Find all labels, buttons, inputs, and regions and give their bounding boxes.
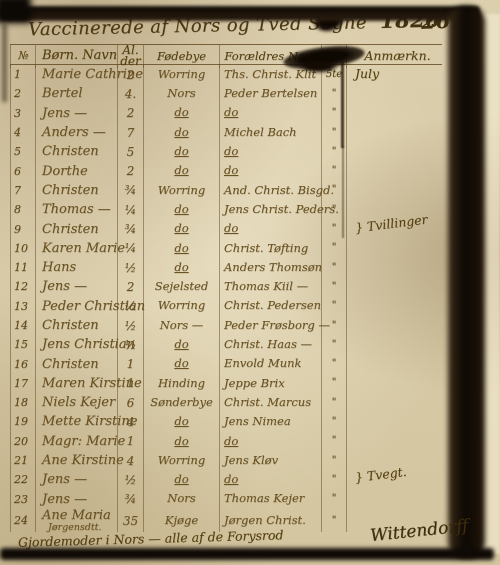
cell-remark — [347, 393, 442, 412]
cell-age: ¾ — [118, 490, 144, 509]
cell-name: Karen Marie — [36, 239, 118, 258]
no-text: 19 — [14, 416, 28, 427]
table-row: 2Bertel4.NorsPeder Bertelsen" — [10, 84, 442, 103]
table-row: 14Christen½Nors —Peder Frøsborg —" — [10, 316, 442, 335]
name-text: Christen — [42, 319, 99, 332]
cell-place: do — [144, 161, 220, 180]
cell-parent: Christ. Pedersen — [220, 297, 322, 316]
cell-date: " — [322, 335, 347, 354]
cell-place: Nors — [144, 490, 220, 509]
date-text: " — [332, 456, 337, 466]
age-text: ½ — [125, 474, 137, 486]
cell-place: Hinding — [144, 374, 220, 393]
table-row: 9Christen¾dodo"} Tvillinger — [10, 219, 442, 238]
no-text: 13 — [14, 301, 28, 312]
parent-text: Jens Kløv — [224, 455, 278, 467]
name-text: Hans — [42, 261, 76, 274]
table-row: 6Dorthe2dodo" — [10, 161, 442, 180]
age-text: 4 — [127, 416, 135, 428]
cell-age: ½ — [118, 258, 144, 277]
name-text: Magr: Marie — [42, 435, 125, 448]
cell-place: do — [144, 470, 220, 489]
table-row: 20Magr: Marie1dodo" — [10, 432, 442, 451]
cell-no: 2 — [10, 84, 36, 103]
table-row: 19Mette Kirstine4doJens Nimea" — [10, 412, 442, 431]
age-text: ½ — [125, 262, 137, 274]
cell-remark: July — [347, 65, 442, 84]
cell-parent: And. Christ. Bisgd. — [220, 181, 322, 200]
no-text: 5 — [14, 146, 21, 157]
cell-parent: do — [220, 470, 322, 489]
age-text: 2 — [127, 281, 135, 293]
cell-parent: do — [220, 161, 322, 180]
age-text: ½ — [125, 339, 137, 351]
table-row: 5Christen5dodo" — [10, 142, 442, 161]
cell-remark — [347, 181, 442, 200]
cell-remark — [347, 335, 442, 354]
cell-place: do — [144, 200, 220, 219]
cell-place: Worring — [144, 65, 220, 84]
cell-date: " — [322, 432, 347, 451]
no-text: 12 — [14, 281, 28, 292]
cell-age: ½ — [118, 297, 144, 316]
cell-no: 20 — [10, 432, 36, 451]
place-text: do — [174, 146, 188, 158]
no-text: 23 — [14, 494, 28, 505]
cell-parent: Thomas Kiil — — [220, 277, 322, 296]
cell-remark — [347, 412, 442, 431]
place-text: Worring — [158, 455, 205, 467]
cell-name: Christen — [36, 142, 118, 161]
cell-date: " — [322, 393, 347, 412]
cell-remark — [347, 123, 442, 142]
no-text: 14 — [14, 320, 28, 331]
table-row: 12Jens —2SejelstedThomas Kiil —" — [10, 277, 442, 296]
cell-name: Peder Christian — [36, 297, 118, 316]
date-text: " — [332, 494, 337, 504]
table-row: 23Jens —¾NorsThomas Kejer" — [10, 490, 442, 509]
parent-text: Christ. Pedersen — [224, 300, 321, 312]
date-text: " — [332, 359, 337, 369]
cell-age: ¾ — [118, 219, 144, 238]
cell-remark: } Tvillinger — [347, 219, 442, 238]
parent-text: Peder Bertelsen — [224, 88, 317, 100]
cell-date: " — [322, 451, 347, 470]
cell-place: do — [144, 354, 220, 373]
cell-date: " — [322, 316, 347, 335]
cell-remark — [347, 104, 442, 123]
cell-place: do — [144, 335, 220, 354]
cell-no: 22 — [10, 470, 36, 489]
scanned-ledger-page: Vaccinerede af Nors og Tved Sogne 1826 2… — [0, 0, 500, 565]
name-text: Christen — [42, 145, 99, 158]
parent-text: Jens Nimea — [224, 416, 291, 428]
age-text: ¼ — [125, 242, 137, 254]
cell-remark — [347, 354, 442, 373]
place-text: do — [174, 358, 188, 370]
age-text: 4. — [125, 88, 136, 100]
table-row: 3Jens —2dodo" — [10, 104, 442, 123]
date-text: " — [332, 263, 337, 273]
name-text: Bertel — [42, 87, 83, 100]
cell-name: Dorthe — [36, 161, 118, 180]
place-text: do — [174, 436, 188, 448]
cell-place: Nors — [144, 84, 220, 103]
table-row: 10Karen Marie¼doChrist. Tøfting" — [10, 239, 442, 258]
cell-name: Jens — — [36, 470, 118, 489]
parent-text: Christ. Haas — — [224, 339, 312, 351]
date-text: " — [332, 417, 337, 427]
cell-no: 13 — [10, 297, 36, 316]
date-text: " — [332, 166, 337, 176]
cell-date: " — [322, 412, 347, 431]
date-text: " — [332, 282, 337, 292]
cell-date: " — [322, 374, 347, 393]
cell-parent: Jeppe Brix — [220, 374, 322, 393]
date-text: " — [332, 475, 337, 485]
cell-no: 12 — [10, 277, 36, 296]
age-text: 4 — [127, 455, 135, 467]
cell-place: do — [144, 123, 220, 142]
age-text: ¾ — [125, 493, 137, 505]
no-text: 18 — [14, 397, 28, 408]
parent-text: Thomas Kiil — — [224, 281, 308, 293]
date-text: " — [332, 378, 337, 388]
place-text: do — [174, 107, 188, 119]
frame-bottom-edge — [0, 548, 494, 560]
place-text: Nors — — [160, 320, 204, 332]
cell-age: 1 — [118, 354, 144, 373]
no-text: 2 — [14, 88, 21, 99]
cell-date: " — [322, 258, 347, 277]
cell-date: " — [322, 354, 347, 373]
table-row: 15Jens Christian½doChrist. Haas —" — [10, 335, 442, 354]
no-text: 8 — [14, 204, 21, 215]
cell-name: Christen — [36, 354, 118, 373]
age-text: ¾ — [125, 184, 137, 196]
cell-remark — [347, 297, 442, 316]
cell-parent: Jens Christ. Peders. — [220, 200, 322, 219]
cell-date: " — [322, 470, 347, 489]
place-text: do — [174, 416, 188, 428]
cell-age: 6 — [118, 393, 144, 412]
date-text: " — [332, 147, 337, 157]
age-text: 2 — [127, 165, 135, 177]
name-text: Dorthe — [42, 165, 88, 178]
parent-text: do — [224, 474, 238, 486]
table-row: 8Thomas —¼doJens Christ. Peders." — [10, 200, 442, 219]
parent-text: Jeppe Brix — [224, 378, 285, 390]
place-text: Nors — [167, 88, 195, 100]
cell-place: Sønderbye — [144, 393, 220, 412]
cell-name: Jens — — [36, 104, 118, 123]
cell-parent: Christ. Marcus — [220, 393, 322, 412]
table-header: № Børn. Navn Al. der Fødebye Forældres N… — [10, 44, 442, 65]
place-text: do — [174, 474, 188, 486]
parent-text: And. Christ. Bisgd. — [224, 185, 334, 197]
cell-place: do — [144, 104, 220, 123]
name-text: Thomas — — [42, 203, 111, 216]
cell-remark: } Tvegt. — [347, 470, 442, 489]
age-text: 1 — [127, 358, 135, 370]
no-text: 6 — [14, 166, 21, 177]
place-text: do — [174, 339, 188, 351]
cell-age: 4 — [118, 451, 144, 470]
parent-text: Peder Frøsborg — — [224, 320, 330, 332]
place-text: Worring — [158, 300, 205, 312]
cell-name: Jens — — [36, 490, 118, 509]
parent-text: Envold Munk — [224, 358, 301, 370]
cell-no: 4 — [10, 123, 36, 142]
age-text: 1 — [127, 377, 135, 389]
name-text: Christen — [42, 358, 99, 371]
cell-no: 21 — [10, 451, 36, 470]
table-rows: 1Marie Cathrine2WorringThs. Christ. Klit… — [10, 65, 442, 528]
cell-remark — [347, 490, 442, 509]
parent-text: do — [224, 165, 238, 177]
cell-place: do — [144, 239, 220, 258]
cell-parent: Peder Bertelsen — [220, 84, 322, 103]
ink-blot-small — [300, 60, 338, 73]
name-text: Christen — [42, 223, 99, 236]
date-text: " — [332, 108, 337, 118]
place-text: do — [174, 204, 188, 216]
cell-name: Ane Kirstine — [36, 451, 118, 470]
cell-remark — [347, 84, 442, 103]
no-text: 17 — [14, 378, 28, 389]
cell-date: " — [322, 277, 347, 296]
no-text: 21 — [14, 455, 28, 466]
table-row: 16Christen1doEnvold Munk" — [10, 354, 442, 373]
cell-no: 6 — [10, 161, 36, 180]
name-text: Jens — — [42, 107, 87, 120]
cell-place: Sejelsted — [144, 277, 220, 296]
cell-no: 15 — [10, 335, 36, 354]
cell-remark — [347, 316, 442, 335]
cell-name: Marie Cathrine — [36, 65, 118, 84]
vaccination-table: № Børn. Navn Al. der Fødebye Forældres N… — [10, 44, 442, 528]
name-text: Anders — — [42, 126, 106, 139]
cell-name: Hans — [36, 258, 118, 277]
cell-place: Worring — [144, 297, 220, 316]
place-text: do — [174, 165, 188, 177]
cell-place: Worring — [144, 451, 220, 470]
cell-remark — [347, 239, 442, 258]
cell-date: " — [322, 509, 347, 533]
cell-no: 24 — [10, 509, 36, 533]
cell-place: Worring — [144, 181, 220, 200]
parent-text: do — [224, 146, 238, 158]
no-text: 3 — [14, 108, 21, 119]
no-text: 7 — [14, 185, 21, 196]
table-row: 18Niels Kejer6SønderbyeChrist. Marcus" — [10, 393, 442, 412]
no-text: 4 — [14, 127, 21, 138]
cell-place: do — [144, 219, 220, 238]
place-text: Kjøge — [165, 515, 198, 527]
name-text: Jens — — [42, 493, 87, 506]
cell-age: 1 — [118, 374, 144, 393]
parent-text: Anders Thomsøn — [224, 262, 322, 274]
place-text: Worring — [158, 69, 205, 81]
place-text: Sønderbye — [150, 397, 213, 409]
cell-age: ½ — [118, 335, 144, 354]
cell-place: do — [144, 432, 220, 451]
place-text: do — [174, 243, 188, 255]
cell-no: 23 — [10, 490, 36, 509]
cell-age: ½ — [118, 470, 144, 489]
cell-name: Niels Kejer — [36, 393, 118, 412]
cell-no: 8 — [10, 200, 36, 219]
cell-no: 16 — [10, 354, 36, 373]
cell-no: 18 — [10, 393, 36, 412]
table-row: 22Jens —½dodo"} Tvegt. — [10, 470, 442, 489]
cell-parent: do — [220, 432, 322, 451]
parent-text: Christ. Tøfting — [224, 243, 308, 255]
cell-no: 3 — [10, 104, 36, 123]
age-text: ½ — [125, 320, 137, 332]
frame-top-edge — [0, 6, 480, 21]
age-text: 35 — [123, 515, 138, 527]
date-text: " — [332, 89, 337, 99]
no-text: 16 — [14, 359, 28, 370]
cell-parent: do — [220, 104, 322, 123]
cell-age: 2 — [118, 104, 144, 123]
cell-age: 2 — [118, 277, 144, 296]
no-text: 15 — [14, 339, 28, 350]
cell-age: 5 — [118, 142, 144, 161]
ink-drip — [341, 62, 344, 148]
remark-text: } Tvegt. — [354, 466, 407, 485]
age-text: 7 — [127, 127, 135, 139]
cell-age: 2 — [118, 65, 144, 84]
place-text: Hinding — [158, 378, 205, 390]
table-row: 4Anders —7doMichel Bach" — [10, 123, 442, 142]
date-text: " — [332, 185, 337, 195]
cell-parent: Peder Frøsborg — — [220, 316, 322, 335]
parent-text: Michel Bach — [224, 127, 297, 139]
date-text: " — [332, 398, 337, 408]
cell-age: ¼ — [118, 239, 144, 258]
name-text: Jens — — [42, 473, 87, 486]
cell-name: Christen — [36, 181, 118, 200]
cell-age: ¾ — [118, 181, 144, 200]
cell-remark — [347, 374, 442, 393]
cell-remark — [347, 277, 442, 296]
no-text: 11 — [14, 262, 28, 273]
name-text: Karen Marie — [42, 242, 125, 255]
table-row: 17Maren Kirstine1HindingJeppe Brix" — [10, 374, 442, 393]
date-text: " — [332, 128, 337, 138]
cell-parent: do — [220, 142, 322, 161]
age-text: 5 — [127, 146, 135, 158]
name-text: Ane Maria — [42, 509, 111, 522]
frame-corner-top-left — [0, 0, 31, 23]
place-text: Nors — [167, 493, 195, 505]
age-text: ½ — [125, 300, 137, 312]
frame-left-edge — [2, 24, 7, 102]
parent-text: Christ. Marcus — [224, 397, 311, 409]
cell-name: Jens — — [36, 277, 118, 296]
name-text: Niels Kejer — [42, 396, 115, 409]
place-text: Sejelsted — [155, 281, 208, 293]
date-text: " — [332, 224, 337, 234]
cell-parent: Jens Nimea — [220, 412, 322, 431]
date-text: " — [332, 436, 337, 446]
table-row: 1Marie Cathrine2WorringThs. Christ. Klit… — [10, 65, 442, 84]
cell-no: 19 — [10, 412, 36, 431]
no-text: 20 — [14, 436, 28, 447]
date-text: " — [332, 516, 337, 526]
cell-parent: Jens Kløv — [220, 451, 322, 470]
parent-text: do — [224, 223, 238, 235]
parent-text: Thomas Kejer — [224, 493, 304, 505]
cell-parent: Anders Thomsøn — [220, 258, 322, 277]
cell-age: ¼ — [118, 200, 144, 219]
cell-parent: Thomas Kejer — [220, 490, 322, 509]
remark-text: July — [355, 68, 379, 81]
date-text: " — [332, 321, 337, 331]
cell-place: do — [144, 142, 220, 161]
cell-name: Maren Kirstine — [36, 374, 118, 393]
name-text: Jens — — [42, 280, 87, 293]
name-text: Ane Kirstine — [42, 454, 124, 467]
cell-date: " — [322, 297, 347, 316]
cell-date: " — [322, 239, 347, 258]
parent-text: do — [224, 107, 238, 119]
cell-remark — [347, 142, 442, 161]
cell-name: Thomas — — [36, 200, 118, 219]
cell-name: Christen — [36, 219, 118, 238]
cell-place: do — [144, 412, 220, 431]
date-text: " — [332, 205, 337, 215]
cell-parent: do — [220, 219, 322, 238]
cell-place: do — [144, 258, 220, 277]
cell-date: " — [322, 490, 347, 509]
table-row: 7Christen¾WorringAnd. Christ. Bisgd." — [10, 181, 442, 200]
ink-drip-faint — [342, 146, 344, 238]
cell-name: Anders — — [36, 123, 118, 142]
cell-remark — [347, 161, 442, 180]
cell-name: Magr: Marie — [36, 432, 118, 451]
cell-no: 1 — [10, 65, 36, 84]
cell-no: 7 — [10, 181, 36, 200]
age-text: 6 — [127, 397, 135, 409]
cell-age: ½ — [118, 316, 144, 335]
cell-age: 2 — [118, 161, 144, 180]
place-text: do — [174, 223, 188, 235]
age-text: ¾ — [125, 223, 137, 235]
cell-parent: Michel Bach — [220, 123, 322, 142]
age-text: 2 — [127, 107, 135, 119]
place-text: Worring — [158, 185, 205, 197]
parent-text: do — [224, 436, 238, 448]
date-text: " — [332, 301, 337, 311]
parent-text: Jørgen Christ. — [224, 515, 306, 527]
age-text: ¼ — [125, 204, 137, 216]
no-text: 22 — [14, 474, 28, 485]
cell-no: 5 — [10, 142, 36, 161]
cell-no: 14 — [10, 316, 36, 335]
cell-parent: Christ. Haas — — [220, 335, 322, 354]
cell-name: Mette Kirstine — [36, 412, 118, 431]
date-text: " — [332, 340, 337, 350]
cell-no: 11 — [10, 258, 36, 277]
table-row: 11Hans½doAnders Thomsøn" — [10, 258, 442, 277]
no-text: 1 — [14, 69, 21, 80]
parent-text: Ths. Christ. Klit — [224, 69, 316, 81]
table-row: 13Peder Christian½WorringChrist. Pederse… — [10, 297, 442, 316]
cell-parent: Envold Munk — [220, 354, 322, 373]
